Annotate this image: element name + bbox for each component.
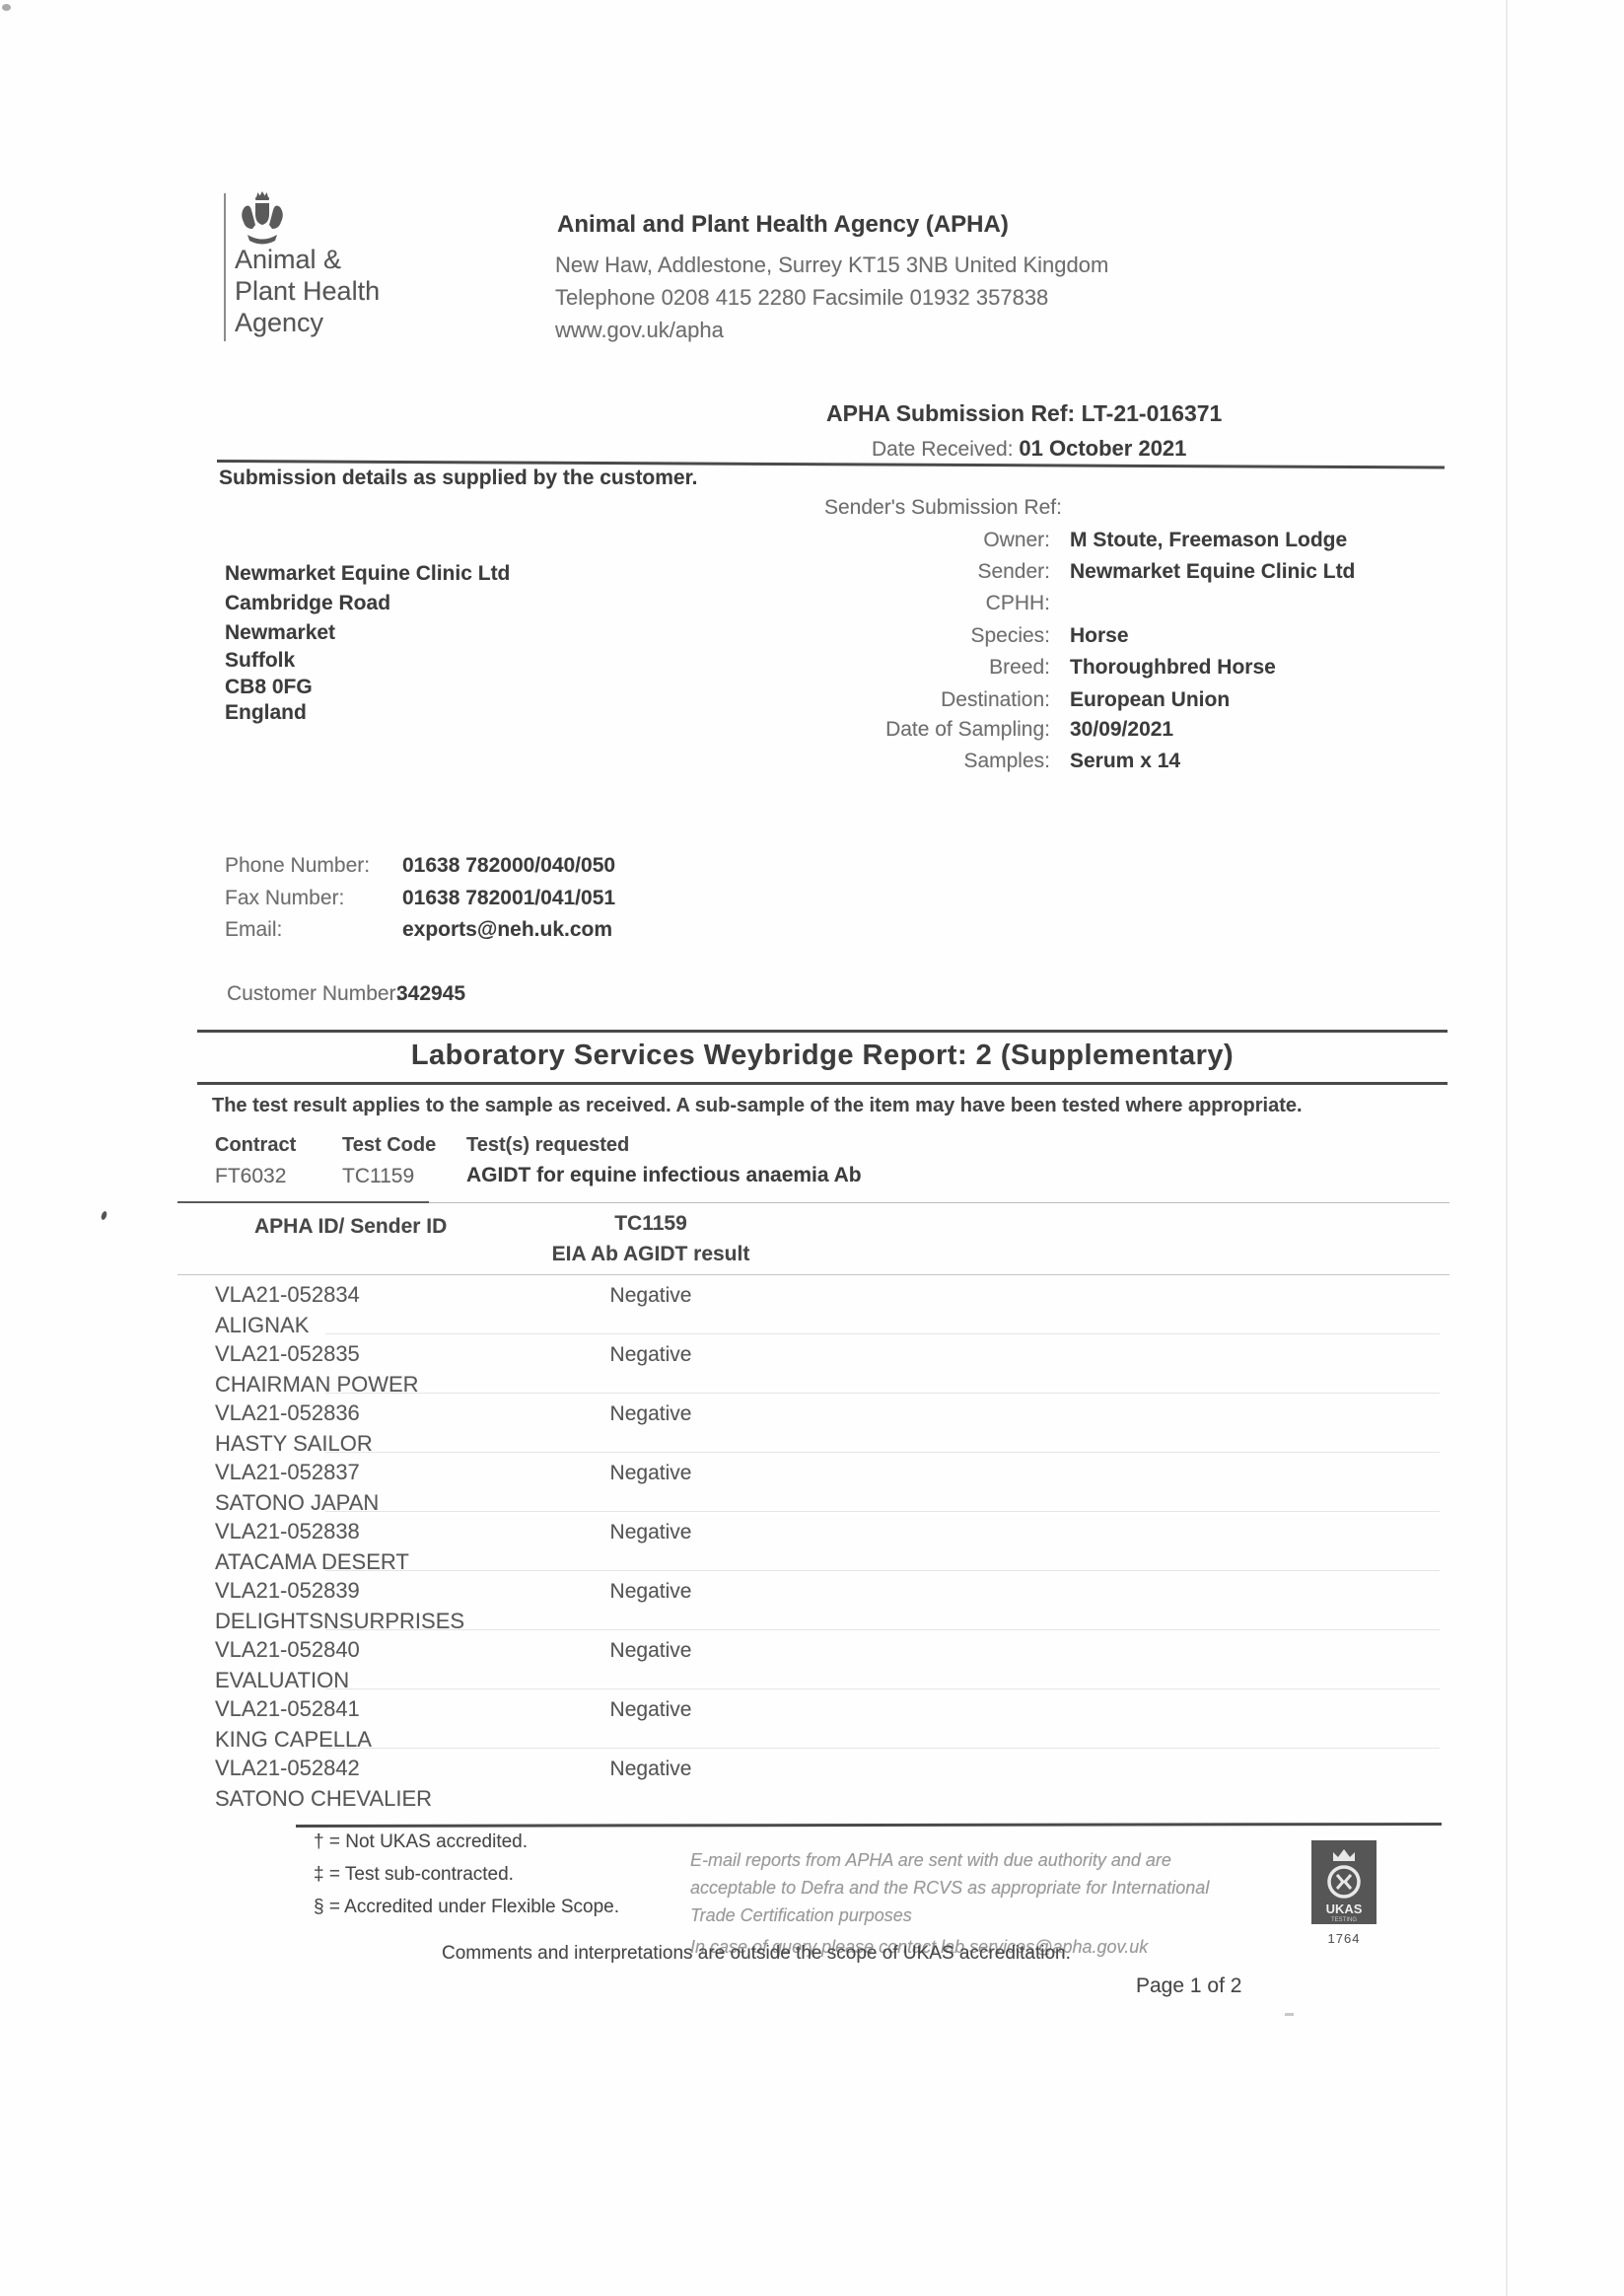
royal-crest-icon — [237, 189, 288, 247]
field-label: Sender: — [631, 560, 1070, 584]
report-title: Laboratory Services Weybridge Report: 2 … — [197, 1040, 1447, 1072]
result-row-id: VLA21-052839 — [215, 1578, 360, 1604]
contract-underline — [177, 1201, 429, 1203]
result-row-id: VLA21-052838 — [215, 1519, 360, 1544]
field-breed: Breed: Thoroughbred Horse — [631, 656, 1440, 680]
test-code-column-header: Test Code — [342, 1134, 436, 1157]
result-row-name: ALIGNAK — [215, 1313, 309, 1338]
scanned-lab-report-page: Animal & Plant Health Agency Animal and … — [0, 0, 1624, 2296]
page-number: Page 1 of 2 — [1136, 1974, 1241, 1998]
scan-speck — [1285, 2013, 1294, 2016]
results-result-header: EIA Ab AGIDT result — [523, 1243, 779, 1266]
results-header-underline — [177, 1274, 1449, 1275]
customer-address-line: Cambridge Road — [225, 592, 390, 615]
field-label: Owner: — [631, 529, 1070, 552]
result-row-result: Negative — [523, 1758, 779, 1781]
customer-number-label: Customer Number: — [227, 982, 401, 1006]
result-row-name: DELIGHTSNSURPRISES — [215, 1609, 464, 1634]
result-row-result: Negative — [523, 1698, 779, 1722]
date-received-value: 01 October 2021 — [1019, 436, 1186, 461]
email-note-line: Trade Certification purposes — [690, 1905, 912, 1926]
row-separator — [325, 1748, 1440, 1749]
result-row-name: HASTY SAILOR — [215, 1431, 373, 1457]
result-row-id: VLA21-052834 — [215, 1282, 360, 1308]
apha-logo-text-line1: Animal & — [235, 245, 341, 275]
email-label: Email: — [225, 918, 282, 942]
result-row-result: Negative — [523, 1462, 779, 1485]
title-rule-bottom — [197, 1082, 1447, 1085]
customer-number-value: 342945 — [396, 982, 465, 1006]
result-row-name: SATONO CHEVALIER — [215, 1786, 432, 1812]
field-owner: Owner: M Stoute, Freemason Lodge — [631, 529, 1440, 552]
date-received-label: Date Received: — [872, 438, 1014, 461]
field-label: Breed: — [631, 656, 1070, 680]
field-value: 30/09/2021 — [1070, 718, 1173, 742]
footnote-subcontracted: ‡ = Test sub-contracted. — [314, 1864, 514, 1886]
result-row-id: VLA21-052837 — [215, 1460, 360, 1485]
row-separator — [325, 1452, 1440, 1453]
result-row-id: VLA21-052836 — [215, 1400, 360, 1426]
result-row-id: VLA21-052840 — [215, 1637, 360, 1663]
result-row-name: SATONO JAPAN — [215, 1490, 379, 1516]
scan-speck — [101, 1210, 108, 1220]
field-value: M Stoute, Freemason Lodge — [1070, 529, 1347, 552]
title-rule-top — [197, 1030, 1447, 1033]
field-cphh: CPHH: — [631, 592, 1440, 615]
customer-address-line: Newmarket Equine Clinic Ltd — [225, 562, 510, 586]
row-separator — [325, 1688, 1440, 1689]
fax-number-value: 01638 782001/041/051 — [402, 887, 615, 910]
tests-requested-column-header: Test(s) requested — [466, 1134, 629, 1157]
email-note-line: acceptable to Defra and the RCVS as appr… — [690, 1878, 1209, 1899]
scan-edge-line — [1506, 0, 1508, 2296]
apha-submission-ref: APHA Submission Ref: LT-21-016371 — [826, 400, 1222, 427]
results-testcode-header: TC1159 — [523, 1212, 779, 1236]
agency-phone: Telephone 0208 415 2280 Facsimile 01932 … — [555, 285, 1048, 311]
field-label: Destination: — [631, 688, 1070, 712]
row-separator — [325, 1511, 1440, 1512]
ukas-sublabel: TESTING — [1331, 1917, 1357, 1923]
result-row-result: Negative — [523, 1521, 779, 1544]
phone-number-label: Phone Number: — [225, 854, 370, 878]
customer-address-line: Newmarket — [225, 621, 335, 645]
contract-underline-faint — [429, 1202, 1449, 1203]
apha-submission-ref-label: APHA Submission Ref: — [826, 400, 1075, 426]
row-separator — [325, 1333, 1440, 1334]
result-row-id: VLA21-052835 — [215, 1341, 360, 1367]
field-value: Newmarket Equine Clinic Ltd — [1070, 560, 1355, 584]
field-samples: Samples: Serum x 14 — [631, 750, 1440, 773]
apha-submission-ref-value: LT-21-016371 — [1082, 400, 1223, 426]
result-row-id: VLA21-052841 — [215, 1696, 360, 1722]
field-label: CPHH: — [631, 592, 1070, 615]
row-separator — [325, 1629, 1440, 1630]
field-label: Date of Sampling: — [631, 718, 1070, 742]
footer-rule — [296, 1823, 1442, 1828]
field-sender: Sender: Newmarket Equine Clinic Ltd — [631, 560, 1440, 584]
field-date-of-sampling: Date of Sampling: 30/09/2021 — [631, 718, 1440, 742]
apha-logo-keyline — [224, 193, 226, 341]
footnote-flexible-scope: § = Accredited under Flexible Scope. — [314, 1897, 619, 1918]
result-row-result: Negative — [523, 1343, 779, 1367]
field-label: Species: — [631, 624, 1070, 648]
fax-number-label: Fax Number: — [225, 887, 344, 910]
field-value: Horse — [1070, 624, 1129, 648]
contract-column-header: Contract — [215, 1134, 296, 1157]
result-row-name: CHAIRMAN POWER — [215, 1372, 419, 1398]
ukas-label: UKAS — [1326, 1901, 1363, 1916]
result-row-result: Negative — [523, 1402, 779, 1426]
result-row-name: KING CAPELLA — [215, 1727, 372, 1753]
report-note: The test result applies to the sample as… — [212, 1095, 1303, 1117]
submission-details-heading: Submission details as supplied by the cu… — [219, 466, 697, 490]
result-row-result: Negative — [523, 1639, 779, 1663]
customer-address-line: Suffolk — [225, 649, 295, 673]
ukas-number: 1764 — [1311, 1931, 1377, 1946]
email-value: exports@neh.uk.com — [402, 918, 612, 942]
date-received: Date Received: 01 October 2021 — [872, 436, 1186, 462]
scan-speck — [2, 4, 11, 11]
result-row-id: VLA21-052842 — [215, 1756, 360, 1781]
result-row-result: Negative — [523, 1284, 779, 1308]
result-row-name: ATACAMA DESERT — [215, 1549, 409, 1575]
field-label: Samples: — [631, 750, 1070, 773]
row-separator — [325, 1570, 1440, 1571]
field-species: Species: Horse — [631, 624, 1440, 648]
row-separator — [325, 1393, 1440, 1394]
result-row-name: EVALUATION — [215, 1668, 349, 1693]
field-value: Thoroughbred Horse — [1070, 656, 1276, 680]
footnote-ukas: † = Not UKAS accredited. — [314, 1831, 528, 1853]
comments-note: Comments and interpretations are outside… — [442, 1943, 1071, 1965]
ukas-accreditation-icon: UKAS TESTING — [1311, 1840, 1377, 1927]
result-row-result: Negative — [523, 1580, 779, 1604]
test-code-value: TC1159 — [342, 1165, 414, 1188]
senders-submission-ref-label: Sender's Submission Ref: — [824, 496, 1062, 520]
contract-value: FT6032 — [215, 1165, 286, 1188]
field-destination: Destination: European Union — [631, 688, 1440, 712]
customer-address-line: CB8 0FG — [225, 676, 313, 699]
apha-logo-text-line3: Agency — [235, 308, 323, 338]
agency-address: New Haw, Addlestone, Surrey KT15 3NB Uni… — [555, 252, 1108, 278]
customer-address-line: England — [225, 701, 307, 725]
phone-number-value: 01638 782000/040/050 — [402, 854, 615, 878]
email-note-line: E-mail reports from APHA are sent with d… — [690, 1850, 1171, 1871]
tests-requested-value: AGIDT for equine infectious anaemia Ab — [466, 1164, 862, 1187]
field-value: European Union — [1070, 688, 1230, 712]
apha-logo-text-line2: Plant Health — [235, 276, 380, 307]
agency-name: Animal and Plant Health Agency (APHA) — [557, 211, 1009, 239]
results-id-column-header: APHA ID/ Sender ID — [254, 1215, 447, 1239]
field-value: Serum x 14 — [1070, 750, 1180, 773]
agency-website: www.gov.uk/apha — [555, 318, 724, 343]
